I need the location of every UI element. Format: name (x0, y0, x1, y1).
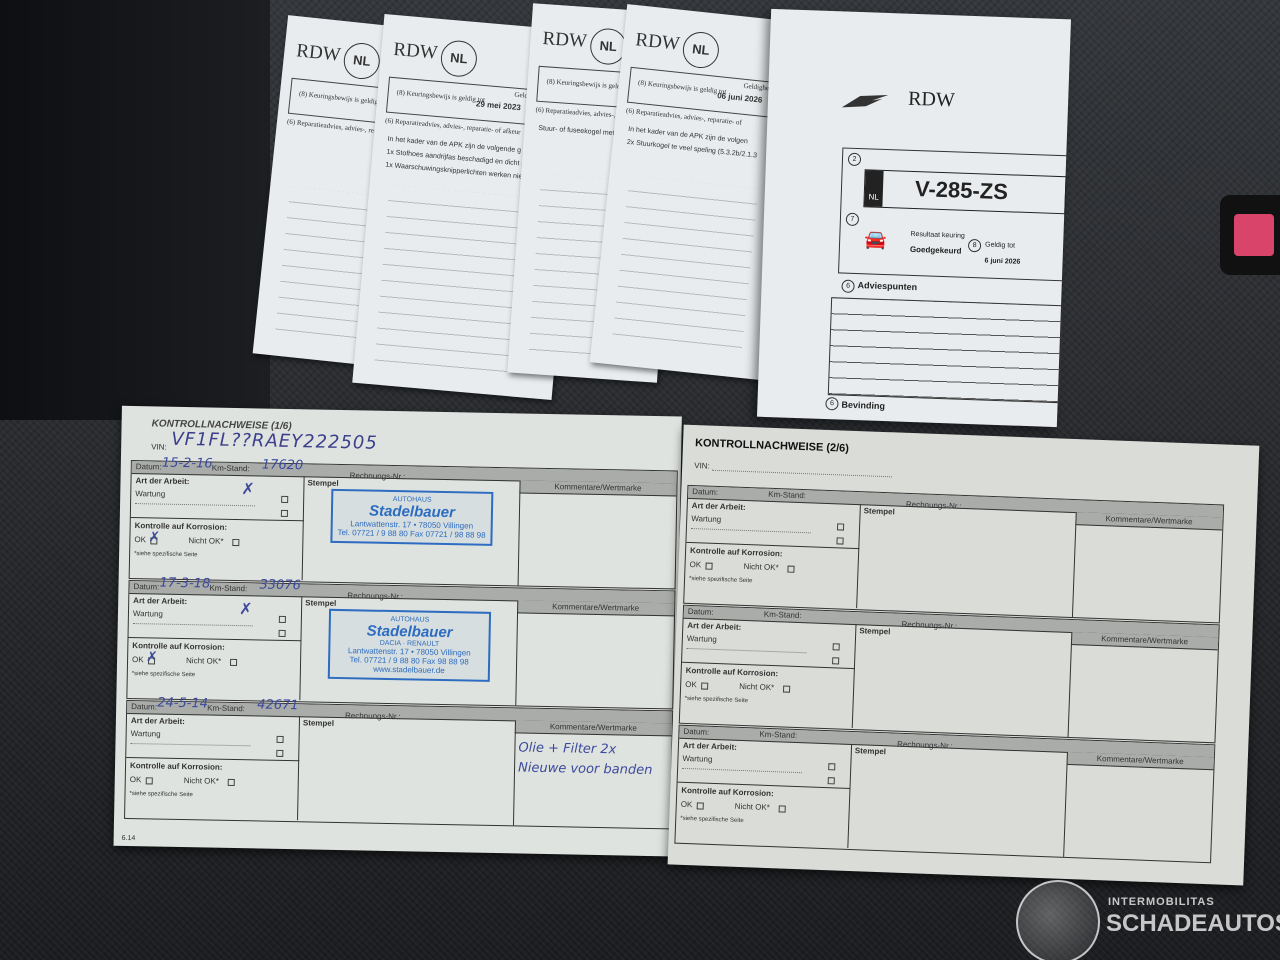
handwritten-comment: Olie + Filter 2x Nieuwe voor banden (518, 738, 659, 781)
datum-label: Datum: (133, 582, 159, 591)
art-label: Art der Arbeit: (687, 621, 741, 632)
dotted-line (682, 768, 802, 773)
dealer-stamp: AUTOHAUS Stadelbauer Lantwattenstr. 17 •… (330, 489, 493, 546)
vin-label: VIN: (151, 442, 167, 451)
korrosion-section: Kontrolle auf Korrosion: OK Nicht OK* *s… (130, 517, 304, 580)
km-stand-label: Km-Stand: (207, 703, 245, 713)
art-label: Art der Arbeit: (683, 741, 737, 752)
datum-label: Datum: (683, 727, 709, 737)
advice-label: Adviespunten (857, 280, 917, 292)
stempel-label: Stempel (859, 626, 890, 636)
service-entry: Datum: Km-Stand: Rechnungs-Nr.: Kommenta… (683, 485, 1224, 624)
dotted-line (691, 528, 811, 533)
korrosion-label: Kontrolle auf Korrosion: (690, 546, 783, 558)
plate-country: NL (864, 170, 883, 207)
stamp-phone: Tel. 07721 / 9 88 80 Fax 07721 / 98 88 9… (336, 528, 486, 540)
datum-label: Datum: (136, 462, 162, 471)
watermark-line1: INTERMOBILITAS (1108, 896, 1215, 908)
art-label: Art der Arbeit: (135, 476, 189, 486)
service-entry: Datum: Km-Stand: Rechnungs-Nr.: Kommenta… (679, 605, 1220, 744)
nicht-ok-checkbox[interactable] (232, 539, 239, 546)
korrosion-label: Kontrolle auf Korrosion: (686, 666, 779, 678)
nicht-ok-checkbox[interactable] (228, 779, 235, 786)
korrosion-label: Kontrolle auf Korrosion: (681, 786, 774, 798)
advice-note: Stuur- of fuseekogel met (538, 122, 615, 140)
seat-shadow (0, 0, 270, 420)
inspection-card: 2 NL V-285-ZS 7 🚘 Resultaat keuring Goed… (838, 147, 1074, 281)
km-stand-label: Km-Stand: (768, 490, 806, 500)
country-badge: NL (439, 39, 478, 78)
datum-label: Datum: (692, 487, 718, 497)
nicht-ok-label: Nicht OK* (186, 656, 221, 666)
rdw-logo-icon (842, 91, 893, 111)
dotted-line (135, 503, 255, 506)
nicht-ok-label: Nicht OK* (743, 562, 778, 572)
nicht-ok-checkbox[interactable] (787, 566, 794, 573)
column-divider (518, 480, 521, 585)
country-badge: NL (681, 30, 721, 70)
ok-checkbox[interactable] (705, 563, 712, 570)
korrosion-section: Kontrolle auf Korrosion: OK Nicht OK* *s… (125, 757, 299, 820)
nicht-ok-label: Nicht OK* (739, 682, 774, 692)
art-der-arbeit: Art der Arbeit: Wartung (686, 498, 861, 549)
km-stand-label: Km-Stand: (209, 584, 247, 594)
wartung-checkbox[interactable] (281, 496, 288, 503)
other-checkbox[interactable] (279, 630, 286, 637)
dotted-line (130, 743, 250, 746)
stempel-label: Stempel (305, 598, 336, 608)
stempel-label: Stempel (855, 746, 886, 756)
footnote: *siehe spezifische Seite (685, 696, 749, 704)
footnote: *siehe spezifische Seite (134, 551, 197, 558)
datum-label: Datum: (131, 702, 157, 711)
handwritten-km: 17620 (262, 457, 304, 473)
handwritten-km: 33076 (259, 577, 301, 593)
finding-label: Bevinding (841, 400, 885, 412)
vin-dotted-line (712, 470, 892, 478)
valid-until-label: (8) Keuringsbewijs is geldig tot (638, 79, 727, 96)
rdw-brand: RDW (908, 88, 955, 113)
result-value: Goedgekeurd (910, 245, 962, 256)
vin-handwritten: VF1FL??RAEY222505 (171, 429, 378, 454)
other-checkbox[interactable] (832, 657, 839, 664)
art-label: Art der Arbeit: (133, 596, 187, 606)
result-label: Resultaat keuring (910, 231, 965, 240)
ok-check-mark: ✗ (146, 649, 158, 665)
rechnungs-nr-label: Rechnungs-Nr.: (345, 711, 401, 721)
nicht-ok-label: Nicht OK* (188, 536, 223, 546)
nicht-ok-checkbox[interactable] (779, 805, 786, 812)
wartung-checkbox[interactable] (828, 763, 835, 770)
rechnungs-nr-label: Rechnungs-Nr.: (350, 471, 406, 481)
wartung-checkbox[interactable] (277, 736, 284, 743)
car-inspection-icon: 🚘 (864, 229, 887, 251)
handwritten-km: 42671 (257, 697, 299, 713)
footnote: *siehe spezifische Seite (132, 671, 195, 678)
handwritten-date: 17-3-18 (159, 576, 210, 592)
other-checkbox[interactable] (836, 537, 843, 544)
ok-label: OK (685, 680, 697, 689)
valid-until-date: 06 juni 2026 (717, 91, 763, 105)
rdw-brand: RDW (542, 28, 588, 53)
booklet-page-left: KONTROLLNACHWEISE (1/6) VIN: VF1FL??RAEY… (114, 406, 682, 857)
field-number: 7 (846, 213, 859, 226)
service-entry: Datum: Km-Stand: Rechnungs-Nr.: Kommenta… (674, 725, 1215, 864)
footnote: *siehe spezifische Seite (680, 816, 744, 824)
stempel-label: Stempel (303, 718, 334, 728)
wartung-checkbox[interactable] (837, 523, 844, 530)
ok-label: OK (134, 535, 146, 544)
wartung-label: Wartung (135, 489, 165, 499)
other-checkbox[interactable] (276, 750, 283, 757)
handwritten-date: 24-5-14 (157, 696, 208, 712)
vin-label: VIN: (694, 461, 710, 471)
art-label: Art der Arbeit: (131, 716, 185, 726)
valid-until-label: (8) Keuringsbewijs is geldig tot (396, 88, 485, 104)
wartung-check-mark: ✗ (241, 479, 255, 498)
ok-checkbox[interactable] (697, 802, 704, 809)
section-title: (6) Reparatieadvies, advies-, r (535, 106, 620, 120)
nicht-ok-checkbox[interactable] (230, 659, 237, 666)
korrosion-label: Kontrolle auf Korrosion: (130, 761, 223, 772)
valid-until-label: Geldig tot (985, 241, 1015, 249)
rechnungs-nr-label: Rechnungs-Nr.: (347, 591, 403, 601)
license-plate: NL V-285-ZS (863, 169, 1066, 214)
ok-label: OK (689, 560, 701, 569)
rdw-brand: RDW (295, 40, 341, 67)
art-der-arbeit: Art der Arbeit: Wartung (682, 618, 857, 669)
art-der-arbeit: Art der Arbeit: Wartung (126, 713, 300, 761)
ok-label: OK (130, 775, 142, 784)
wartung-label: Wartung (682, 754, 712, 764)
korrosion-section: Kontrolle auf Korrosion: OK Nicht OK* *s… (684, 542, 859, 608)
kommentare-header: Kommentare/Wertmarke (519, 480, 676, 496)
seatbelt-release-button (1234, 214, 1274, 256)
korrosion-section: Kontrolle auf Korrosion: OK Nicht OK* *s… (680, 662, 855, 728)
page-title: KONTROLLNACHWEISE (2/6) (695, 437, 849, 455)
other-checkbox[interactable] (281, 510, 288, 517)
dotted-line (133, 623, 253, 626)
service-booklet: KONTROLLNACHWEISE (1/6) VIN: VF1FL??RAEY… (95, 408, 1265, 890)
wartung-checkbox[interactable] (833, 643, 840, 650)
nicht-ok-checkbox[interactable] (783, 685, 790, 692)
advice-lines (828, 297, 1063, 403)
wartung-label: Wartung (133, 609, 163, 619)
service-entry: Datum: Km-Stand: Rechnungs-Nr.: Kommenta… (126, 580, 675, 709)
valid-until-value: 6 juni 2026 (984, 257, 1020, 265)
ok-label: OK (681, 800, 693, 809)
booklet-page-right: KONTROLLNACHWEISE (2/6) VIN: Datum: Km-S… (668, 425, 1260, 886)
column-divider (1063, 752, 1068, 857)
dotted-line (686, 648, 806, 653)
field-number: 6 (841, 280, 854, 293)
kommentare-header: Kommentare/Wertmarke (515, 720, 672, 736)
korrosion-section: Kontrolle auf Korrosion: OK Nicht OK* *s… (675, 782, 850, 848)
art-der-arbeit: Art der Arbeit: Wartung (678, 738, 853, 789)
km-stand-label: Km-Stand: (759, 730, 797, 740)
column-divider (1072, 512, 1077, 617)
rdw-brand: RDW (392, 39, 438, 65)
art-der-arbeit: Art der Arbeit: Wartung (128, 593, 302, 641)
column-divider (515, 600, 518, 705)
footnote: *siehe spezifische Seite (689, 576, 753, 584)
rechnungs-nr-label: Rechnungs-Nr.: (906, 500, 962, 511)
datum-label: Datum: (688, 607, 714, 617)
ruled-lines (612, 175, 759, 358)
ok-check-mark: ✗ (148, 529, 160, 545)
stempel-label: Stempel (307, 478, 338, 488)
art-der-arbeit: Art der Arbeit: Wartung (131, 473, 305, 521)
advice-notes: Stuur- of fuseekogel met (538, 122, 615, 140)
watermark-line2: SCHADEAUTOS.NL (1106, 910, 1280, 938)
wartung-label: Wartung (687, 634, 717, 644)
valid-until-date: 29 mei 2023 (476, 99, 522, 112)
ok-checkbox[interactable] (701, 682, 708, 689)
watermark: INTERMOBILITAS SCHADEAUTOS.NL (996, 872, 1280, 960)
page-number: 6.14 (122, 835, 136, 842)
rdw-apk-certificate: RDW 2 NL V-285-ZS 7 🚘 Resultaat keuring … (757, 9, 1071, 427)
plate-number: V-285-ZS (915, 176, 1009, 205)
art-label: Art der Arbeit: (692, 501, 746, 512)
wartung-check-mark: ✗ (239, 599, 253, 618)
korrosion-section: Kontrolle auf Korrosion: OK Nicht OK* *s… (127, 637, 301, 700)
km-stand-label: Km-Stand: (212, 464, 250, 474)
column-divider (513, 720, 516, 825)
stempel-label: Stempel (864, 506, 895, 516)
rechnungs-nr-label: Rechnungs-Nr.: (897, 740, 953, 751)
service-entry: Datum: Km-Stand: Rechnungs-Nr.: Kommenta… (124, 700, 673, 829)
ok-label: OK (132, 655, 144, 664)
field-number: 2 (848, 153, 861, 166)
globe-icon (1016, 880, 1100, 960)
other-checkbox[interactable] (828, 777, 835, 784)
advice-notes: In het kader van de APK zijn de volgen2x… (626, 123, 759, 163)
km-stand-label: Km-Stand: (764, 610, 802, 620)
footnote: *siehe spezifische Seite (129, 791, 192, 798)
valid-until-label: (8) Keuringsbewijs is geldig tot (299, 90, 388, 107)
nicht-ok-label: Nicht OK* (184, 776, 219, 786)
rechnungs-nr-label: Rechnungs-Nr.: (901, 620, 957, 631)
dealer-stamp: AUTOHAUS Stadelbauer DACIA · RENAULT Lan… (328, 609, 491, 682)
rdw-brand: RDW (634, 29, 680, 56)
column-divider (1068, 632, 1073, 737)
ok-checkbox[interactable] (146, 777, 153, 784)
advice-notes: In het kader van de APK zijn de volgende… (385, 133, 535, 185)
field-number: 6 (825, 397, 838, 410)
handwritten-date: 15-2-16 (162, 456, 213, 472)
field-number: 8 (968, 239, 981, 252)
nicht-ok-label: Nicht OK* (735, 802, 770, 812)
wartung-label: Wartung (131, 729, 161, 739)
kommentare-header: Kommentare/Wertmarke (517, 600, 674, 616)
service-entry: Datum: Km-Stand: Rechnungs-Nr.: Kommenta… (129, 460, 678, 589)
wartung-label: Wartung (691, 514, 721, 524)
wartung-checkbox[interactable] (279, 616, 286, 623)
country-badge: NL (342, 41, 382, 81)
